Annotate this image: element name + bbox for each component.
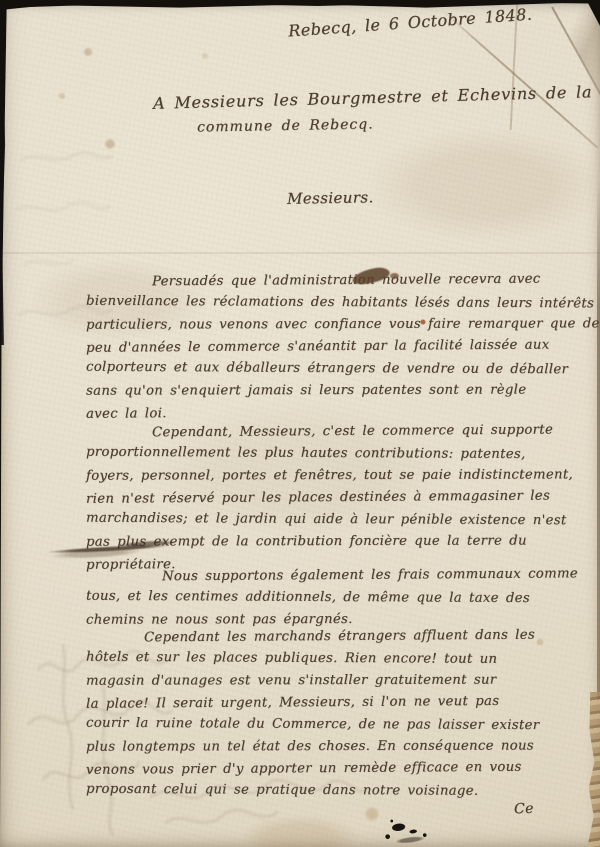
handwritten-line: marchandises; et le jardin qui aide à le… [86, 508, 591, 533]
fold-line [0, 252, 600, 254]
handwritten-line: proposant celui qui se pratique dans not… [86, 779, 591, 804]
paragraph-3: Nous supportons également les frais comm… [86, 565, 591, 631]
catchword: Ce [514, 801, 534, 818]
handwritten-line: venons vous prier d'y apporter un remède… [86, 756, 591, 782]
letter-page: Rebecq, le 6 Octobre 1848. A Messieurs l… [0, 0, 600, 847]
salutation: Messieurs. [287, 188, 374, 208]
handwritten-line: particuliers, nous venons avec confiance… [86, 313, 591, 336]
recipient-line-2: commune de Rebecq. [197, 116, 374, 135]
handwritten-line: hôtels et sur les places publiques. Rien… [86, 647, 591, 672]
date-line: Rebecq, le 6 Octobre 1848. [288, 5, 533, 41]
handwritten-line: colporteurs et aux déballeurs étrangers … [86, 357, 591, 382]
paragraph-4: Cependant les marchands étrangers afflue… [86, 626, 591, 802]
handwritten-line: plus longtemps un tel état des choses. E… [86, 735, 591, 758]
handwritten-line: Nous supportons également les frais comm… [86, 563, 591, 589]
recipient-line-1: A Messieurs les Bourgmestre et Echevins … [153, 82, 593, 112]
handwritten-line: peu d'années le commerce s'anéantit par … [86, 334, 591, 360]
corner-fold-shadow [550, 0, 600, 94]
scanned-letter: Rebecq, le 6 Octobre 1848. A Messieurs l… [0, 0, 600, 847]
handwritten-line: rien n'est réservé pour les places desti… [86, 485, 591, 511]
handwritten-line: proportionnellement les plus hautes cont… [86, 442, 591, 467]
handwritten-line: sans qu'on s'enquiert jamais si leurs pa… [86, 379, 591, 402]
handwritten-line: magasin d'aunages est venu s'installer g… [86, 669, 591, 692]
ink-splatter [376, 809, 442, 847]
handwritten-line: tous, et les centimes additionnels, de m… [86, 586, 591, 611]
handwritten-line: la place! Il serait urgent, Messieurs, s… [86, 690, 591, 716]
ink-blot-satellite [390, 273, 399, 279]
handwritten-line: foyers, personnel, portes et fenêtres, t… [86, 464, 591, 487]
handwritten-line: Persuadés que l'administration nouvelle … [86, 268, 591, 294]
handwritten-line: Cependant, Messieurs, c'est le commerce … [86, 419, 591, 445]
handwritten-line: Cependant les marchands étrangers afflue… [86, 624, 591, 650]
handwritten-line: bienveillance les réclamations des habit… [86, 291, 591, 316]
handwritten-line: courir la ruine totale du Commerce, de n… [86, 713, 591, 738]
paragraph-1: Persuadés que l'administration nouvelle … [86, 270, 591, 424]
